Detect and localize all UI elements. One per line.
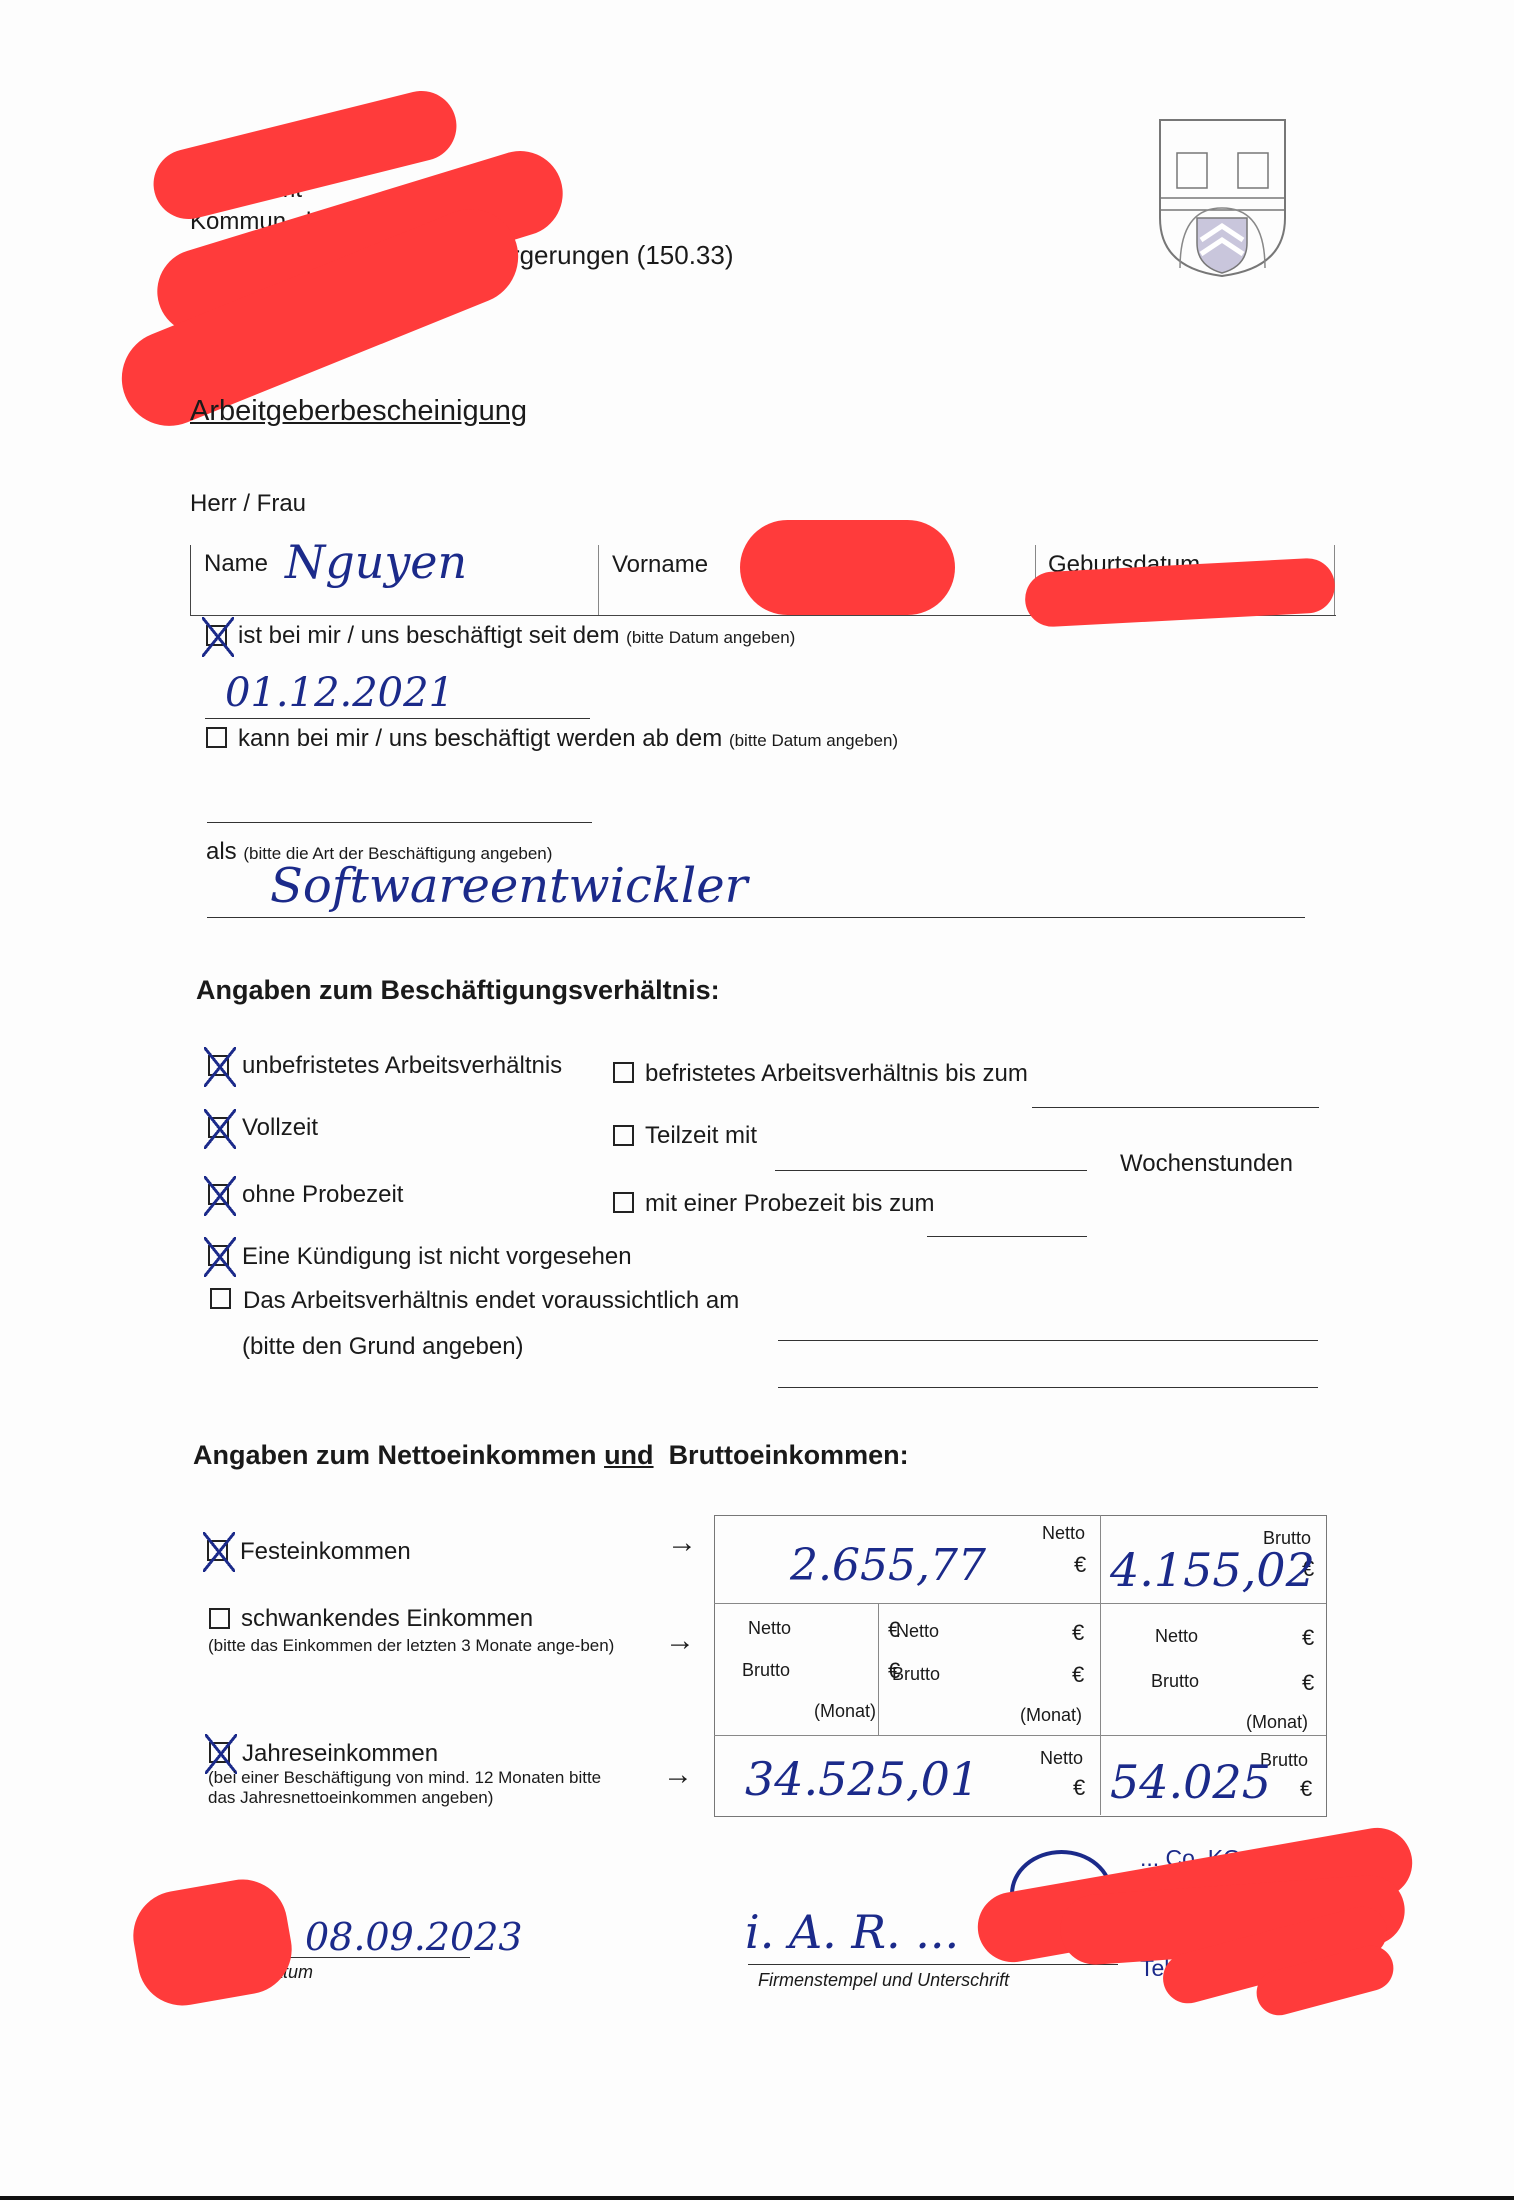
employment-heading: Angaben zum Beschäftigungsverhältnis:	[196, 975, 720, 1006]
date-underline	[205, 718, 590, 719]
divider	[714, 1735, 1326, 1736]
fest-netto-field[interactable]: 2.655,77	[790, 1540, 986, 1591]
divider	[714, 1603, 1326, 1604]
unbefristet-checkbox[interactable]	[208, 1055, 229, 1076]
salutation-label: Herr / Frau	[190, 490, 306, 518]
jahreseinkommen-checkbox[interactable]	[209, 1742, 230, 1763]
m1-brutto-label: Brutto	[742, 1660, 790, 1681]
endet-label: Das Arbeitsverhältnis endet voraussichtl…	[243, 1287, 739, 1315]
arrow-right-icon: →	[665, 1626, 695, 1656]
befristet-label: befristetes Arbeitsverhältnis bis zum	[645, 1060, 1028, 1088]
scan-edge	[0, 2196, 1514, 2200]
vorname-label: Vorname	[612, 551, 708, 579]
coat-of-arms-icon	[1155, 118, 1290, 278]
euro-symbol: €	[1072, 1662, 1084, 1688]
schwankend-checkbox[interactable]	[209, 1608, 230, 1629]
euro-symbol: €	[1302, 1670, 1314, 1696]
m3-brutto-label: Brutto	[1151, 1671, 1199, 1692]
euro-symbol: €	[1302, 1625, 1314, 1651]
employed-since-date-field[interactable]: 01.12.2021	[225, 670, 454, 716]
m3-month-label: (Monat)	[1246, 1712, 1308, 1733]
euro-symbol: €	[1072, 1620, 1084, 1646]
signature-underline	[748, 1964, 1118, 1965]
job-underline	[207, 917, 1305, 918]
m2-month-label: (Monat)	[1020, 1705, 1082, 1726]
probezeit-date-field[interactable]	[927, 1236, 1087, 1237]
divider	[1100, 1515, 1101, 1815]
euro-symbol: €	[1073, 1775, 1085, 1801]
festeinkommen-label: Festeinkommen	[240, 1538, 411, 1566]
divider	[598, 545, 599, 615]
jahreseinkommen-hint: (bei einer Beschäftigung von mind. 12 Mo…	[208, 1768, 628, 1808]
ohne-probezeit-label: ohne Probezeit	[242, 1181, 403, 1209]
grund-field[interactable]	[778, 1387, 1318, 1388]
probezeit-checkbox[interactable]	[613, 1192, 634, 1213]
employed-since-text: ist bei mir / uns beschäftigt seit dem	[238, 622, 620, 649]
page-title: Arbeitgeberbescheinigung	[190, 395, 527, 428]
can-be-employed-text: kann bei mir / uns beschäftigt werden ab…	[238, 725, 722, 752]
name-label: Name	[204, 550, 268, 578]
befristet-date-field[interactable]	[1032, 1107, 1319, 1108]
teilzeit-label: Teilzeit mit	[645, 1122, 757, 1150]
job-field[interactable]: Softwareentwickler	[270, 858, 748, 914]
income-heading-part2: Bruttoeinkommen:	[669, 1440, 909, 1470]
ohne-probezeit-checkbox[interactable]	[208, 1184, 229, 1205]
can-be-employed-checkbox[interactable]	[206, 727, 227, 748]
endet-checkbox[interactable]	[210, 1288, 231, 1309]
m2-brutto-label: Brutto	[892, 1664, 940, 1685]
can-be-employed-hint: (bitte Datum angeben)	[729, 731, 898, 750]
unbefristet-label: unbefristetes Arbeitsverhältnis	[242, 1052, 562, 1080]
redaction	[740, 520, 955, 615]
income-heading-und: und	[604, 1440, 653, 1470]
fest-netto-label: Netto	[1042, 1523, 1085, 1544]
vollzeit-checkbox[interactable]	[208, 1117, 229, 1138]
schwankend-hint: (bitte das Einkommen der letzten 3 Monat…	[208, 1636, 628, 1656]
employed-since-checkbox[interactable]	[206, 625, 227, 646]
jahr-netto-label: Netto	[1040, 1748, 1083, 1769]
redaction	[126, 1872, 299, 2012]
keine-kuendigung-checkbox[interactable]	[208, 1245, 229, 1266]
jahreseinkommen-label: Jahreseinkommen	[242, 1740, 438, 1768]
income-heading: Angaben zum Nettoeinkommen und Bruttoein…	[193, 1440, 909, 1471]
job-label-text: als	[206, 838, 237, 865]
jahr-brutto-field[interactable]: 54.025	[1110, 1755, 1271, 1809]
employed-since-hint: (bitte Datum angeben)	[626, 628, 795, 647]
employed-since-label: ist bei mir / uns beschäftigt seit dem (…	[238, 622, 795, 650]
place-date-field[interactable]: 08.09.2023	[305, 1915, 523, 1959]
signature-field[interactable]: i. A. R. ...	[745, 1905, 959, 1959]
jahr-netto-field[interactable]: 34.525,01	[745, 1752, 979, 1806]
euro-symbol: €	[1074, 1552, 1086, 1578]
festeinkommen-checkbox[interactable]	[207, 1540, 228, 1561]
fest-brutto-field[interactable]: 4.155,02	[1110, 1543, 1315, 1597]
m3-netto-label: Netto	[1155, 1626, 1198, 1647]
befristet-checkbox[interactable]	[613, 1062, 634, 1083]
income-heading-part1: Angaben zum Nettoeinkommen	[193, 1440, 597, 1470]
euro-symbol: €	[1300, 1776, 1312, 1802]
divider	[878, 1603, 879, 1735]
endet-date-field[interactable]	[778, 1340, 1318, 1341]
m2-netto-label: Netto	[896, 1621, 939, 1642]
probezeit-label: mit einer Probezeit bis zum	[645, 1190, 934, 1218]
arrow-right-icon: →	[667, 1528, 697, 1558]
name-field[interactable]: Nguyen	[285, 535, 467, 589]
m1-netto-label: Netto	[748, 1618, 791, 1639]
vollzeit-label: Vollzeit	[242, 1114, 318, 1142]
schwankend-label: schwankendes Einkommen	[241, 1605, 533, 1633]
can-be-employed-label: kann bei mir / uns beschäftigt werden ab…	[238, 725, 898, 753]
wochenstunden-field[interactable]	[775, 1170, 1087, 1171]
signature-label: Firmenstempel und Unterschrift	[758, 1970, 1009, 1991]
grund-hint: (bitte den Grund angeben)	[242, 1333, 524, 1361]
teilzeit-checkbox[interactable]	[613, 1125, 634, 1146]
arrow-right-icon: →	[663, 1760, 693, 1790]
keine-kuendigung-label: Eine Kündigung ist nicht vorgesehen	[242, 1243, 632, 1271]
wochenstunden-label: Wochenstunden	[1120, 1150, 1293, 1178]
can-be-employed-date-field[interactable]	[207, 822, 592, 823]
m1-month-label: (Monat)	[814, 1701, 876, 1722]
